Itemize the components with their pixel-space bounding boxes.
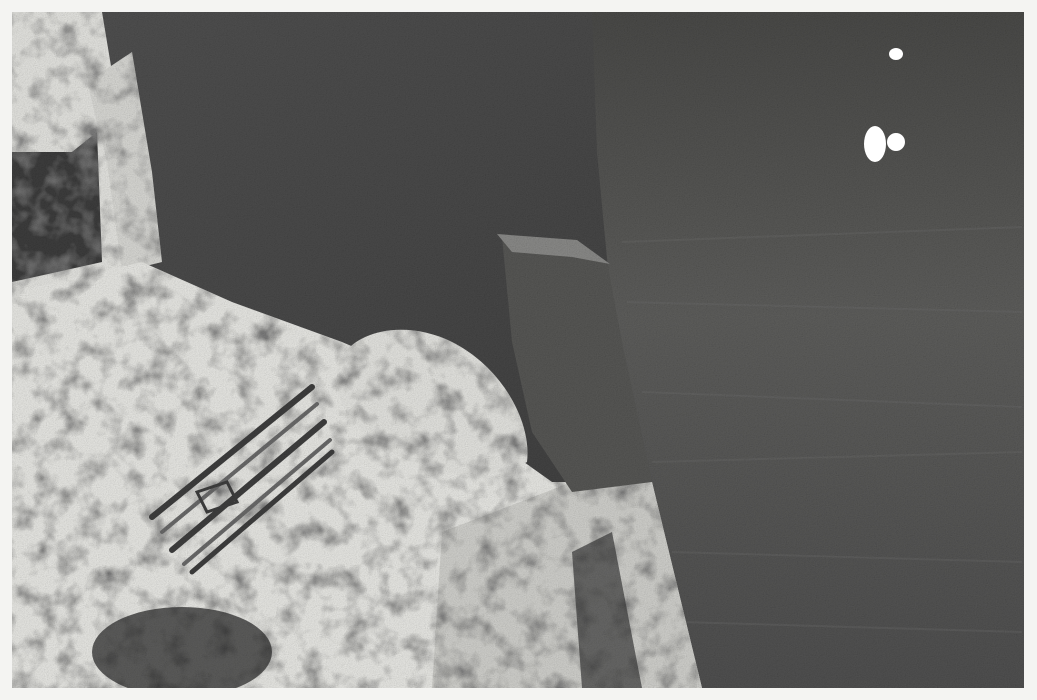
stone-ruins-photograph (12, 12, 1024, 688)
photograph-frame: Grainy black-and-white archival photogra… (12, 12, 1024, 688)
